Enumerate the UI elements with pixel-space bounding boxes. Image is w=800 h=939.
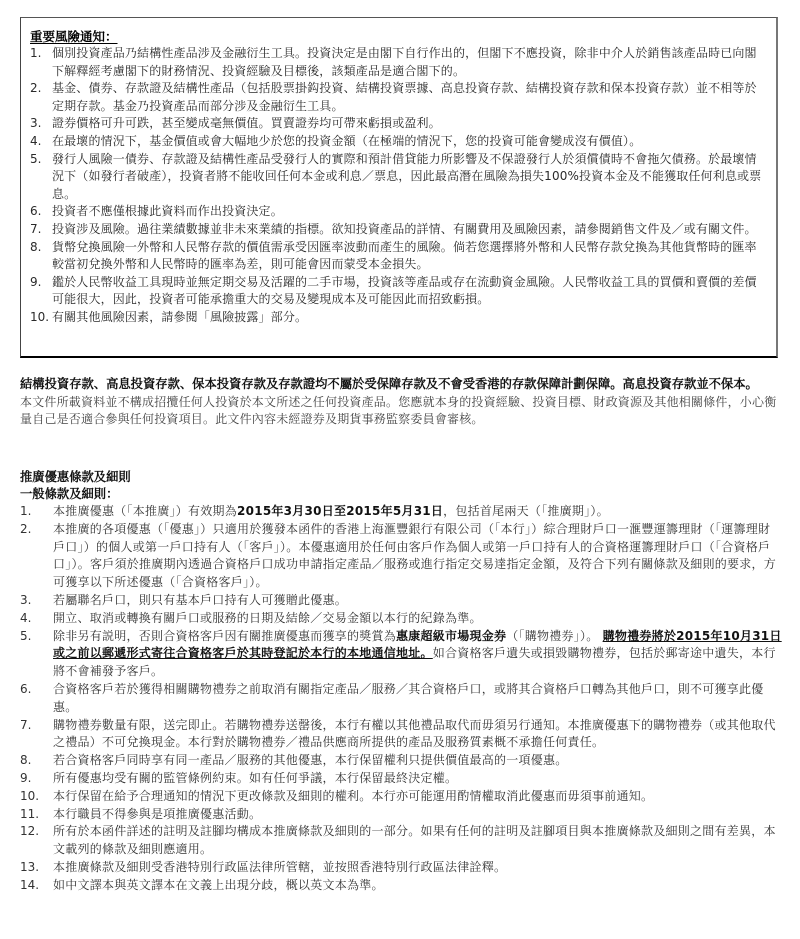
risk-item: 3.證券價格可升可跌，甚至變成毫無價值。買賣證券均可帶來虧損或盈利。 — [30, 115, 766, 133]
terms-item: 4.開立、取消或轉換有關戶口或服務的日期及結餘／交易金額以本行的紀錄為準。 — [20, 610, 782, 628]
item-number: 3. — [30, 115, 52, 133]
promotion-period-dates: 2015年3月30日至2015年5月31日 — [237, 504, 443, 518]
item-text: 本推廣的各項優惠（「優惠」）只適用於獲發本函件的香港上海滙豐銀行有限公司（「本行… — [53, 521, 782, 592]
risk-item: 4.在最壞的情況下，基金價值或會大幅地少於您的投資金額（在極端的情況下，您的投資… — [30, 133, 766, 151]
terms-title: 推廣優惠條款及細則 — [20, 469, 782, 486]
terms-item: 11.本行職員不得參與是項推廣優惠活動。 — [20, 806, 782, 824]
terms-item: 2.本推廣的各項優惠（「優惠」）只適用於獲發本函件的香港上海滙豐銀行有限公司（「… — [20, 521, 782, 592]
item-text: 本推廣條款及細則受香港特別行政區法律所管轄，並按照香港特別行政區法律詮釋。 — [53, 859, 782, 877]
item-number: 14. — [20, 877, 53, 895]
item-number: 8. — [20, 752, 53, 770]
text-segment: 除非另有説明，否則合資格客戶因有關推廣優惠而獲享的獎賞為 — [53, 629, 396, 643]
item-text: 合資格客戶若於獲得相關購物禮券之前取消有關指定產品／服務／其合資格戶口，或將其合… — [53, 681, 782, 717]
terms-item: 12.所有於本函件詳述的註明及註腳均構成本推廣條款及細則的一部分。如果有任何的註… — [20, 823, 782, 859]
item-number: 1. — [20, 503, 53, 521]
item-number: 4. — [30, 133, 52, 151]
item-text: 本推廣優惠（「本推廣」）有效期為2015年3月30日至2015年5月31日，包括… — [53, 503, 782, 521]
item-text: 購物禮券數量有限，送完即止。若購物禮券送罄後，本行有權以其他禮品取代而毋須另行通… — [53, 717, 782, 753]
terms-subtitle: 一般條款及細則： — [20, 486, 782, 503]
risk-item: 8.貨幣兌換風險一外幣和人民幣存款的價值需承受因匯率波動而產生的風險。倘若您選擇… — [30, 239, 766, 274]
item-number: 5. — [30, 151, 52, 204]
risk-notice-box: 重要風險通知： 1.個別投資產品乃結構性產品涉及金融衍生工具。投資決定是由閣下自… — [20, 17, 778, 358]
item-text: 個別投資產品乃結構性產品涉及金融衍生工具。投資決定是由閣下自行作出的，但閣下不應… — [52, 45, 766, 80]
deposit-protection-notice: 結構投資存款、高息投資存款、保本投資存款及存款證均不屬於受保障存款及不會受香港的… — [20, 376, 782, 428]
item-number: 10. — [20, 788, 53, 806]
risk-item: 5.發行人風險一債券、存款證及結構性產品受發行人的實際和預計借貸能力所影響及不保… — [30, 151, 766, 204]
item-number: 1. — [30, 45, 52, 80]
item-number: 9. — [30, 274, 52, 309]
item-text: 所有優惠均受有關的監管條例約束。如有任何爭議，本行保留最終決定權。 — [53, 770, 782, 788]
item-text: 如中文譯本與英文譯本在文義上出現分歧，概以英文本為準。 — [53, 877, 782, 895]
item-text: 在最壞的情況下，基金價值或會大幅地少於您的投資金額（在極端的情況下，您的投資可能… — [52, 133, 766, 151]
item-number: 6. — [30, 203, 52, 221]
item-number: 5. — [20, 628, 53, 681]
terms-item: 9.所有優惠均受有關的監管條例約束。如有任何爭議，本行保留最終決定權。 — [20, 770, 782, 788]
item-text: 證券價格可升可跌，甚至變成毫無價值。買賣證券均可帶來虧損或盈利。 — [52, 115, 766, 133]
item-number: 9. — [20, 770, 53, 788]
risk-item: 6.投資者不應僅根據此資料而作出投資決定。 — [30, 203, 766, 221]
terms-item: 1. 本推廣優惠（「本推廣」）有效期為2015年3月30日至2015年5月31日… — [20, 503, 782, 521]
item-text: 本行保留在給予合理通知的情況下更改條款及細則的權利。本行亦可能運用酌情權取消此優… — [53, 788, 782, 806]
text-segment: ，包括首尾兩天（「推廣期」）。 — [443, 504, 609, 518]
terms-item: 13.本推廣條款及細則受香港特別行政區法律所管轄，並按照香港特別行政區法律詮釋。 — [20, 859, 782, 877]
item-number: 13. — [20, 859, 53, 877]
item-text: 若屬聯名戶口，則只有基本戶口持有人可獲贈此優惠。 — [53, 592, 782, 610]
risk-notice-list: 1.個別投資產品乃結構性產品涉及金融衍生工具。投資決定是由閣下自行作出的，但閣下… — [30, 45, 766, 327]
text-segment: 本推廣優惠（「本推廣」）有效期為 — [53, 504, 237, 518]
terms-item: 8.若合資格客戶同時享有同一產品／服務的其他優惠，本行保留權利只提供價值最高的一… — [20, 752, 782, 770]
promotion-terms: 推廣優惠條款及細則 一般條款及細則： 1. 本推廣優惠（「本推廣」）有效期為20… — [20, 469, 782, 895]
risk-item: 9.鑑於人民幣收益工具現時並無定期交易及活躍的二手市場，投資該等產品或存在流動資… — [30, 274, 766, 309]
item-text: 發行人風險一債券、存款證及結構性產品受發行人的實際和預計借貸能力所影響及不保證發… — [52, 151, 766, 204]
item-number: 4. — [20, 610, 53, 628]
risk-item: 7.投資涉及風險。過往業績數據並非未來業績的指標。欲知投資產品的詳情、有關費用及… — [30, 221, 766, 239]
item-number: 6. — [20, 681, 53, 717]
risk-item: 1.個別投資產品乃結構性產品涉及金融衍生工具。投資決定是由閣下自行作出的，但閣下… — [30, 45, 766, 80]
item-number: 10. — [30, 309, 52, 327]
item-text: 投資者不應僅根據此資料而作出投資決定。 — [52, 203, 766, 221]
text-segment: （「購物禮券」）。 — [506, 629, 602, 643]
item-number: 12. — [20, 823, 53, 859]
item-text: 貨幣兌換風險一外幣和人民幣存款的價值需承受因匯率波動而產生的風險。倘若您選擇將外… — [52, 239, 766, 274]
item-number: 11. — [20, 806, 53, 824]
item-number: 2. — [30, 80, 52, 115]
item-text: 有關其他風險因素，請參閱「風險披露」部分。 — [52, 309, 766, 327]
item-text: 除非另有説明，否則合資格客戶因有關推廣優惠而獲享的獎賞為惠康超級市場現金券（「購… — [53, 628, 782, 681]
terms-item: 7.購物禮券數量有限，送完即止。若購物禮券送罄後，本行有權以其他禮品取代而毋須另… — [20, 717, 782, 753]
item-text: 若合資格客戶同時享有同一產品／服務的其他優惠，本行保留權利只提供價值最高的一項優… — [53, 752, 782, 770]
item-text: 開立、取消或轉換有關戶口或服務的日期及結餘／交易金額以本行的紀錄為準。 — [53, 610, 782, 628]
item-number: 7. — [20, 717, 53, 753]
terms-item: 6.合資格客戶若於獲得相關購物禮券之前取消有關指定產品／服務／其合資格戶口，或將… — [20, 681, 782, 717]
voucher-name: 惠康超級市場現金券 — [396, 629, 506, 643]
item-text: 本行職員不得參與是項推廣優惠活動。 — [53, 806, 782, 824]
terms-item: 14.如中文譯本與英文譯本在文義上出現分歧，概以英文本為準。 — [20, 877, 782, 895]
deposit-protection-statement: 結構投資存款、高息投資存款、保本投資存款及存款證均不屬於受保障存款及不會受香港的… — [20, 376, 782, 393]
terms-item: 3.若屬聯名戶口，則只有基本戶口持有人可獲贈此優惠。 — [20, 592, 782, 610]
risk-notice-title: 重要風險通知： — [30, 28, 766, 45]
disclaimer-text: 本文件所載資料並不構成招攬任何人投資於本文所述之任何投資產品。您應就本身的投資經… — [20, 394, 782, 428]
terms-list: 1. 本推廣優惠（「本推廣」）有效期為2015年3月30日至2015年5月31日… — [20, 503, 782, 895]
item-text: 投資涉及風險。過往業績數據並非未來業績的指標。欲知投資產品的詳情、有關費用及風險… — [52, 221, 766, 239]
item-text: 基金、債券、存款證及結構性產品（包括股票掛鈎投資、結構投資票據、高息投資存款、結… — [52, 80, 766, 115]
terms-item: 5. 除非另有説明，否則合資格客戶因有關推廣優惠而獲享的獎賞為惠康超級市場現金券… — [20, 628, 782, 681]
terms-item: 10.本行保留在給予合理通知的情況下更改條款及細則的權利。本行亦可能運用酌情權取… — [20, 788, 782, 806]
risk-item: 10.有關其他風險因素，請參閱「風險披露」部分。 — [30, 309, 766, 327]
item-number: 8. — [30, 239, 52, 274]
item-text: 所有於本函件詳述的註明及註腳均構成本推廣條款及細則的一部分。如果有任何的註明及註… — [53, 823, 782, 859]
item-number: 3. — [20, 592, 53, 610]
risk-item: 2.基金、債券、存款證及結構性產品（包括股票掛鈎投資、結構投資票據、高息投資存款… — [30, 80, 766, 115]
item-text: 鑑於人民幣收益工具現時並無定期交易及活躍的二手市場，投資該等產品或存在流動資金風… — [52, 274, 766, 309]
item-number: 2. — [20, 521, 53, 592]
item-number: 7. — [30, 221, 52, 239]
